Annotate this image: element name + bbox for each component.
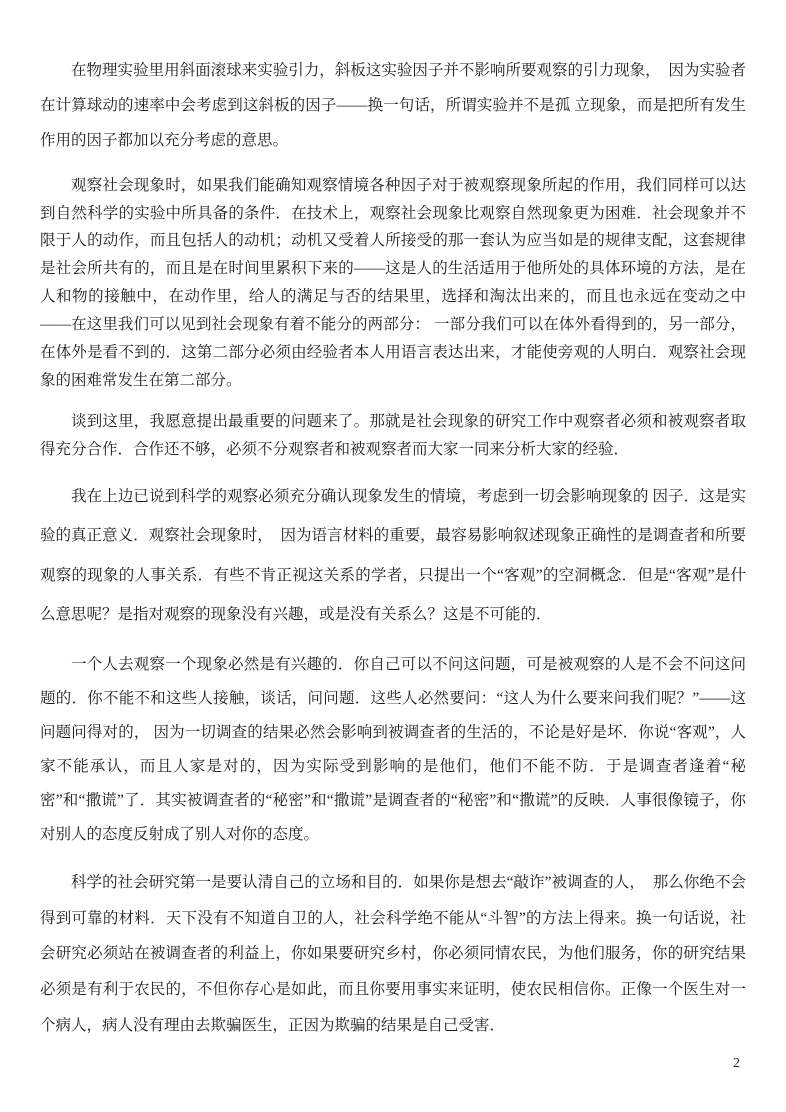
- paragraph-research-standpoint: 科学的社会研究第一是要认清自己的立场和目的．如果你是想去“敲诈”被调查的人， 那…: [40, 865, 746, 1043]
- page-number: 2: [733, 1056, 740, 1072]
- paragraph-physics-experiment: 在物理实验里用斜面滚球来实验引力，斜板这实验因子并不影响所要观察的引力现象， 因…: [40, 54, 746, 159]
- paragraph-objectivity-concept: 我在上边已说到科学的观察必须充分确认现象发生的情境，考虑到一切会影响现象的 因子…: [40, 477, 746, 635]
- document-page: 在物理实验里用斜面滚球来实验引力，斜板这实验因子并不影响所要观察的引力现象， 因…: [0, 0, 786, 1112]
- paragraph-observing-social-phenomena: 观察社会现象时，如果我们能确知观察情境各种因子对于被观察现象所起的作用，我们同样…: [40, 172, 746, 395]
- document-body: 在物理实验里用斜面滚球来实验引力，斜板这实验因子并不影响所要观察的引力现象， 因…: [0, 0, 786, 1043]
- paragraph-observer-interest-mirror: 一个人去观察一个现象必然是有兴趣的．你自己可以不问这问题，可是被观察的人是不会不…: [40, 648, 746, 853]
- paragraph-observer-cooperation: 谈到这里，我愿意提出最重要的问题来了。那就是社会现象的研究工作中观察者必须和被观…: [40, 408, 746, 464]
